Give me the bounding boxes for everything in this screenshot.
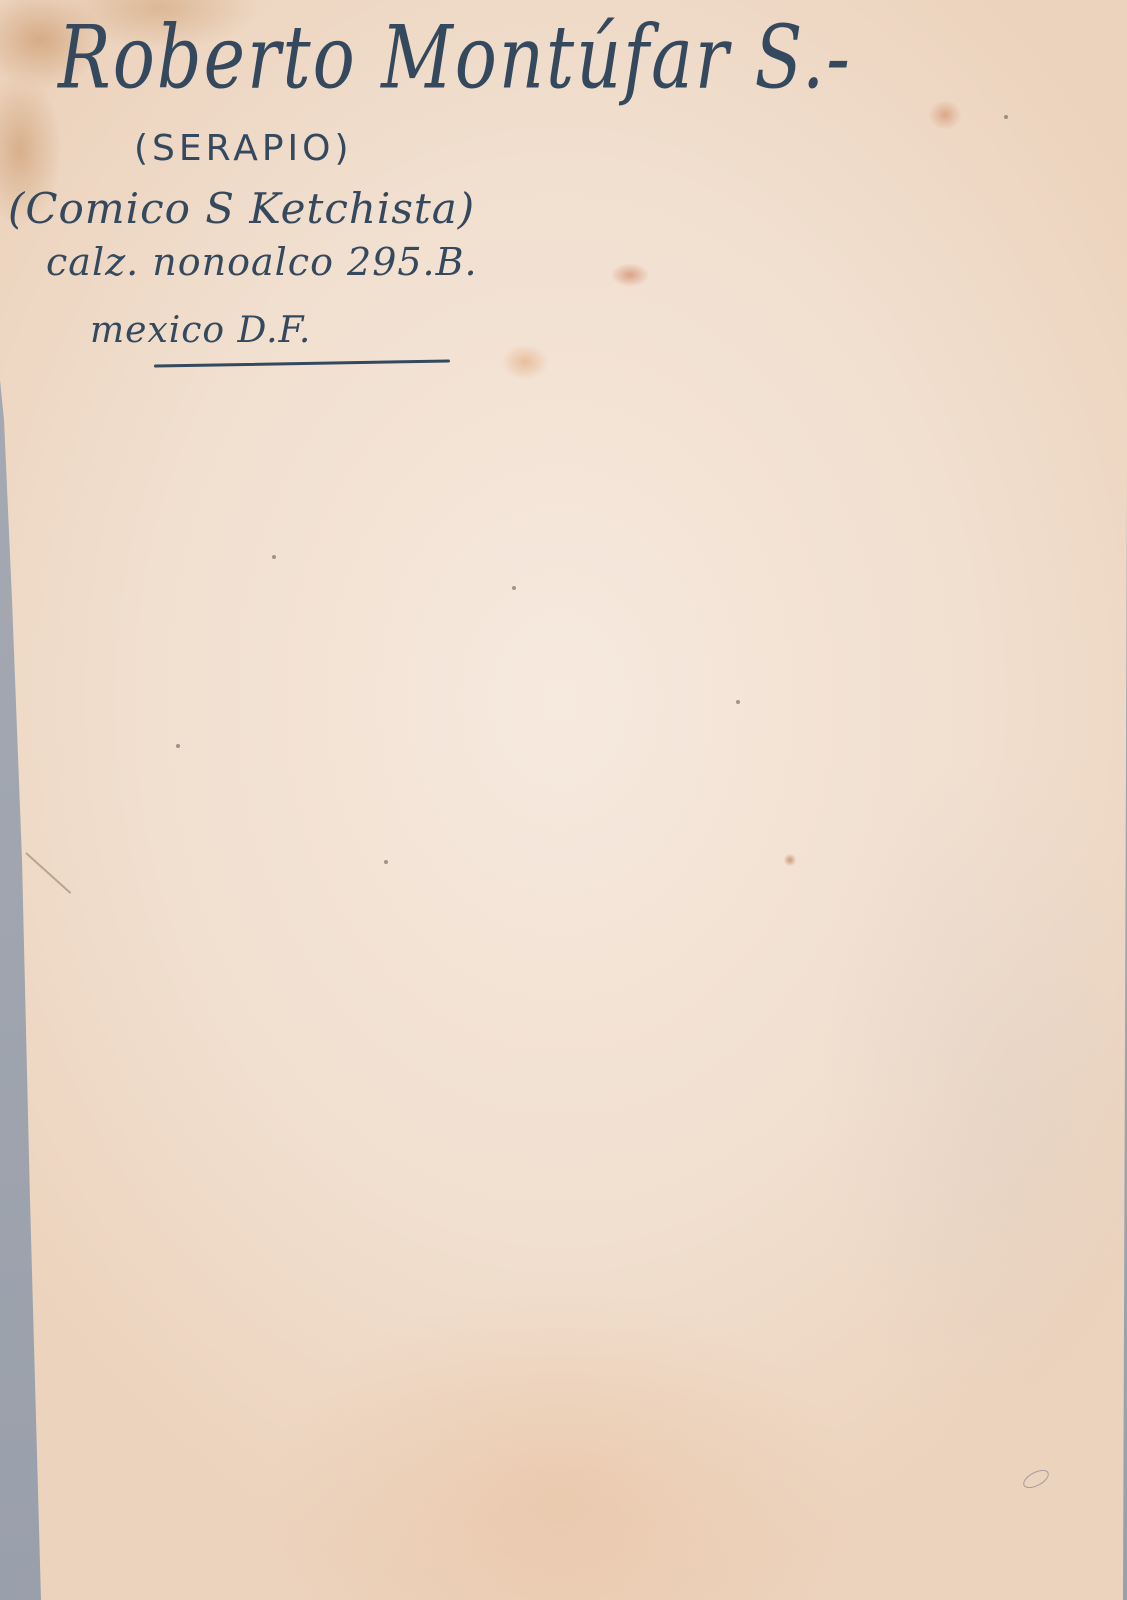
paper-speck — [1004, 115, 1008, 119]
paper-speck — [736, 700, 740, 704]
inscription-underline — [154, 359, 450, 367]
photo-back-paper: Roberto Montúfar S.- (SERAPIO) (Comico S… — [0, 0, 1127, 1600]
pencil-mark — [1020, 1466, 1051, 1492]
inscription-alias: (SERAPIO) — [134, 128, 353, 169]
paper-crease — [25, 852, 71, 894]
paper-speck — [384, 860, 388, 864]
inscription-name: Roberto Montúfar S.- — [58, 6, 852, 109]
paper-speck — [176, 744, 180, 748]
inscription-role: (Comico S Ketchista) — [8, 184, 475, 233]
inscription-city: mexico D.F. — [90, 310, 311, 351]
inscription-address: calz. nonoalco 295.B. — [46, 240, 478, 284]
paper-speck — [512, 586, 516, 590]
paper-speck — [272, 555, 276, 559]
